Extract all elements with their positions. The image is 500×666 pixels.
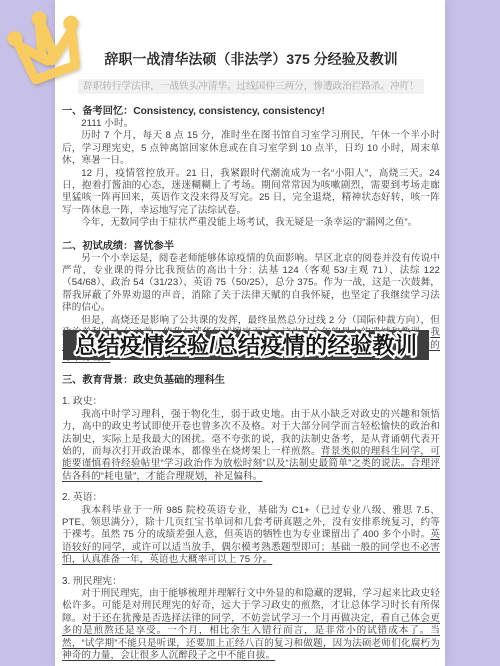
sections-container: 一、备考回忆：Consistency, consistency, consist… — [62, 105, 440, 662]
caption-overlay-text: 总结疫情经验/总结疫情的经验教训 — [75, 332, 417, 358]
body-paragraph: 12 月，疫情管控放开。21 日，我紧跟时代潮流成为一名“小阳人”，高烧三天。2… — [62, 168, 440, 218]
body-paragraph: 历时 7 个月，每天 8 点 15 分，准时坐在图书馆自习室学习刑民，午休一个半… — [62, 130, 440, 167]
body-paragraph: 今年，无数同学由于症状严重没能上场考试，我无疑是一条幸运的“漏网之鱼”。 — [62, 217, 440, 229]
section-heading: 三、教育背景：政史负基础的理科生 — [62, 374, 440, 387]
plain-text: 今年，无数同学由于症状严重没能上场考试，我无疑是一条幸运的“漏网之鱼”。 — [81, 217, 417, 228]
page-subtitle: 辞职转行学法律，一战铁头冲清华。过线国仲三两分，惨遭政治拦路杀。冲吖！ — [78, 79, 424, 94]
section-heading: 一、备考回忆：Consistency, consistency, consist… — [62, 105, 440, 118]
plain-text: 另一个小幸运是，阅卷老师能够体谅疫情的负面影响。旱区北京的阅卷并没有传说中严苛，… — [62, 253, 440, 314]
body-paragraph: 我高中时学习理科，强于物化生，弱于政史地。由于从小缺乏对政史的兴趣和领悟力，高中… — [62, 409, 440, 483]
underlined-text: 对于还在犹豫是否选择法律的同学，不妨尝试学习一个月再做决定，看自己体会更多的是煎… — [62, 613, 440, 661]
sub-heading: 1. 政史： — [62, 396, 440, 408]
caption-overlay-band: 总结疫情经验/总结疫情的经验教训 — [63, 330, 429, 360]
sub-heading: 3. 刑民理宪： — [62, 576, 440, 588]
plain-text: 我本科毕业于一所 985 院校英语专业，基础为 C1+（已过专业八级、雅思 7.… — [62, 505, 440, 541]
page-title: 辞职一战清华法硕（非法学）375 分经验及教训 — [62, 50, 440, 68]
body-paragraph: 我本科毕业于一所 985 院校英语专业，基础为 C1+（已过专业八级、雅思 7.… — [62, 505, 440, 567]
crown-icon — [4, 8, 88, 92]
plain-text: 12 月，疫情管控放开。21 日，我紧跟时代潮流成为一名“小阳人”，高烧三天。2… — [62, 168, 440, 216]
section-heading: 二、初试成绩：喜忧参半 — [62, 240, 440, 253]
plain-text: 2111 小时。 — [81, 118, 133, 129]
body-paragraph: 2111 小时。 — [62, 118, 440, 130]
body-paragraph: 另一个小幸运是，阅卷老师能够体谅疫情的负面影响。旱区北京的阅卷并没有传说中严苛，… — [62, 253, 440, 315]
sub-heading: 2. 英语： — [62, 492, 440, 504]
plain-text: 历时 7 个月，每天 8 点 15 分，准时坐在图书馆自习室学习刑民，午休一个半… — [62, 130, 440, 166]
subtitle-row: 辞职转行学法律，一战铁头冲清华。过线国仲三两分，惨遭政治拦路杀。冲吖！ — [62, 76, 440, 94]
body-paragraph: 对于刑民理宪，由于能够梳理并理解行文中外显的和隐藏的逻辑，学习起来比政史轻松许多… — [62, 588, 440, 662]
